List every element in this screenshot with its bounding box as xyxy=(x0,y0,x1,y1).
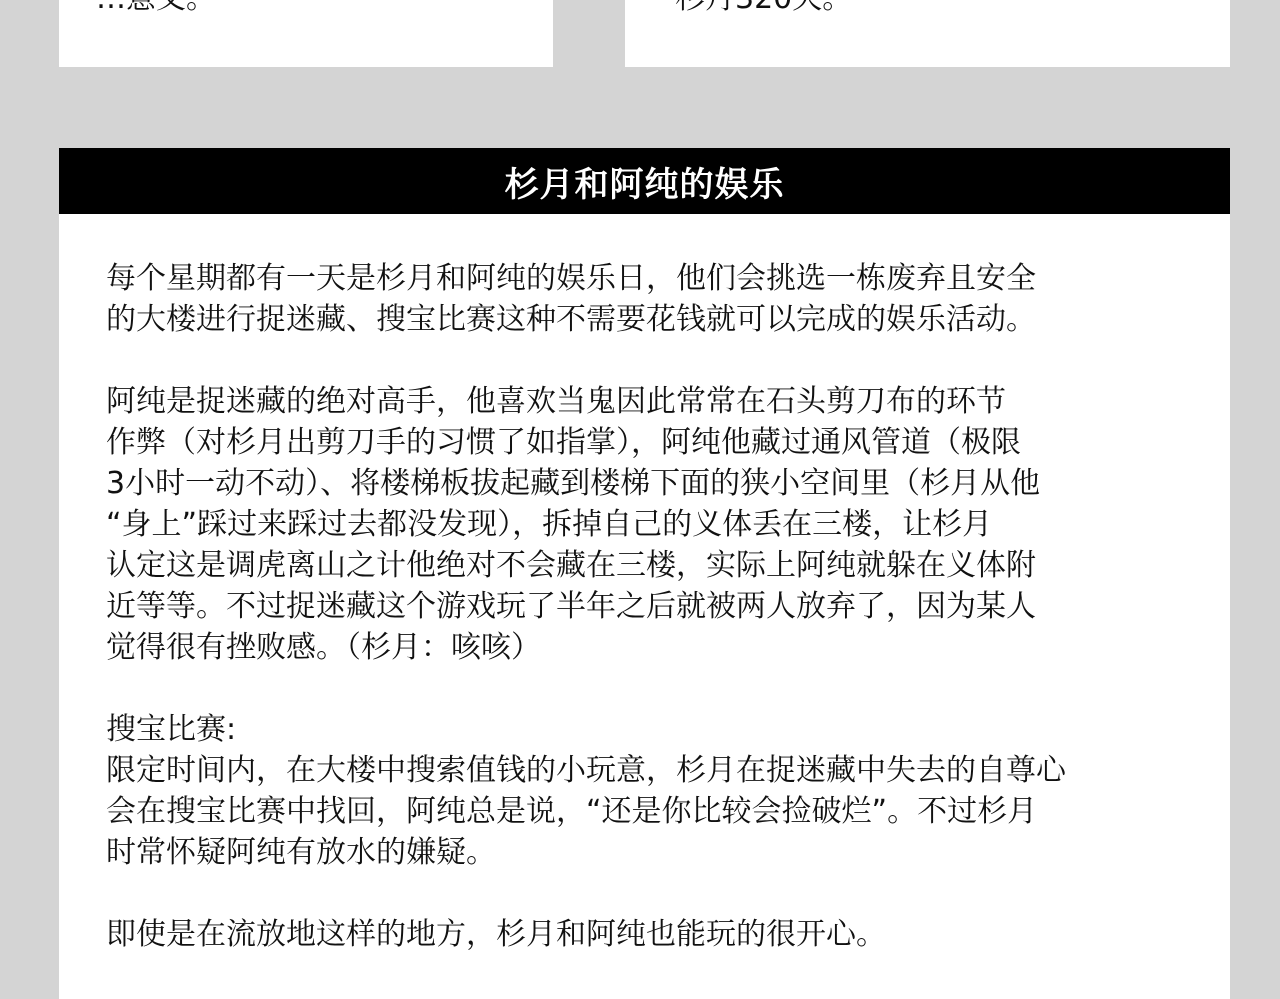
paragraph-conclusion: 即使是在流放地这样的地方，杉月和阿纯也能玩的很开心。 xyxy=(106,914,1216,955)
previous-card-left-text: …意义。 xyxy=(96,0,216,16)
section-body: 每个星期都有一天是杉月和阿纯的娱乐日，他们会挑选一栋废弃且安全 的大楼进行捉迷藏… xyxy=(59,214,1216,955)
previous-card-right-text: 杉月320天。 xyxy=(675,0,852,16)
section-title: 杉月和阿纯的娱乐 xyxy=(505,157,785,206)
paragraph-hide-and-seek: 阿纯是捉迷藏的绝对高手，他喜欢当鬼因此常常在石头剪刀布的环节 作弊（对杉月出剪刀… xyxy=(106,381,1216,668)
paragraph-treasure-hunt: 搜宝比赛: 限定时间内，在大楼中搜索值钱的小玩意，杉月在捉迷藏中失去的自尊心 会… xyxy=(106,709,1216,873)
paragraph-intro: 每个星期都有一天是杉月和阿纯的娱乐日，他们会挑选一栋废弃且安全 的大楼进行捉迷藏… xyxy=(106,258,1216,340)
section-header: 杉月和阿纯的娱乐 xyxy=(59,148,1230,214)
entertainment-section-card: 杉月和阿纯的娱乐 每个星期都有一天是杉月和阿纯的娱乐日，他们会挑选一栋废弃且安全… xyxy=(59,148,1230,999)
previous-card-right: 杉月320天。 xyxy=(625,0,1230,67)
previous-card-left: …意义。 xyxy=(59,0,553,67)
